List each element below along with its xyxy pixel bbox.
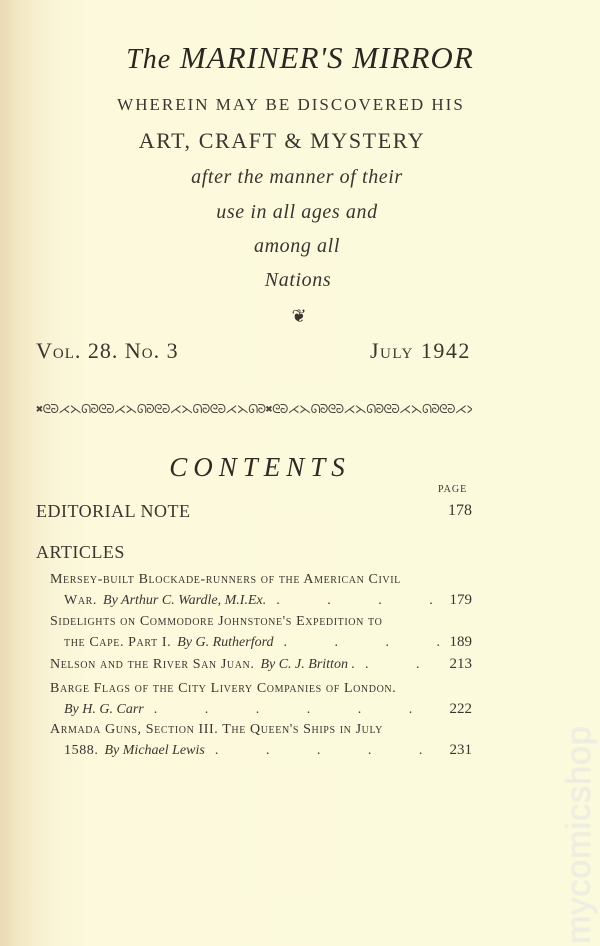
toc-entry: Sidelights on Commodore Johnstone's Expe… [50, 612, 472, 653]
dot-leader: . . . . . [274, 633, 440, 653]
toc-entry-title: Armada Guns, Section III. The Queen's Sh… [50, 720, 472, 740]
dot-leader: . . . . . [266, 591, 440, 611]
title-main: MARINER'S MIRROR [180, 40, 474, 75]
toc-entry-page: 222 [440, 699, 472, 719]
toc-entry-author: By Michael Lewis [105, 741, 205, 761]
volume-number: Vol. 28. No. 3 [36, 338, 179, 364]
toc-entry: Nelson and the River San Juan. By C. J. … [50, 654, 472, 675]
toc-entry-line2: the Cape. Part I. By G. Rutherford . . .… [50, 632, 472, 653]
motto-line-1: after the manner of their [0, 166, 597, 189]
toc-entry-page: 189 [440, 632, 472, 652]
toc-entry-title-cont: 1588. [64, 741, 99, 761]
toc-entry-line: Nelson and the River San Juan. By C. J. … [50, 654, 472, 675]
subtitle-line-1: WHEREIN MAY BE DISCOVERED HIS [0, 95, 591, 115]
toc-entry-line2: 1588. By Michael Lewis . . . . . . . 231 [50, 740, 472, 761]
articles-heading: ARTICLES [36, 542, 125, 563]
toc-entry-page: 231 [440, 740, 472, 760]
toc-entry-line2: War. By Arthur C. Wardle, M.I.Ex. . . . … [50, 590, 472, 611]
toc-entry-title-cont: the Cape. Part I. [64, 633, 171, 653]
toc-entry-page: 213 [440, 654, 472, 674]
toc-entry-author: By Arthur C. Wardle, M.I.Ex. [103, 591, 266, 611]
fleuron-icon: ❦ [0, 306, 599, 327]
dot-leader: . . . . . . . . . [144, 700, 440, 720]
title-prefix: The [126, 44, 171, 75]
toc-entry-author: By G. Rutherford [177, 633, 273, 653]
toc-entry-page: 179 [440, 590, 472, 610]
toc-entry: Barge Flags of the City Livery Companies… [50, 679, 472, 720]
toc-entry-line2: By H. G. Carr . . . . . . . . . 222 [50, 699, 472, 720]
motto-line-2: use in all ages and [0, 201, 597, 224]
toc-entry-title: Nelson and the River San Juan. [50, 655, 254, 675]
toc-entry: Mersey-built Blockade-runners of the Ame… [50, 570, 472, 611]
toc-entry-author: By H. G. Carr [64, 700, 144, 720]
ornamental-border: ✖ᘓᘒ⋌⋋ᘏᘐᘓᘒ⋌⋋ᘏᘐᘓᘒ⋌⋋ᘏᘐᘓᘒ⋌⋋ᘏᘐ✖ᘓᘒ⋌⋋ᘏᘐᘓᘒ⋌⋋ᘏᘐᘓᘒ… [36, 402, 472, 416]
editorial-note-page: 178 [448, 502, 472, 520]
issue-date: July 1942 [370, 338, 471, 364]
toc-entry: Armada Guns, Section III. The Queen's Sh… [50, 720, 472, 761]
motto-line-4: Nations [0, 269, 598, 292]
toc-entry-title-cont: War. [64, 591, 97, 611]
masthead-title: The MARINER'S MIRROR [0, 40, 600, 76]
dot-leader: . . . . . . . [205, 741, 440, 761]
watermark: mycomicshop [560, 725, 599, 944]
toc-entry-title: Barge Flags of the City Livery Companies… [50, 679, 472, 699]
dot-leader: . . [355, 655, 440, 675]
magazine-contents-page: The MARINER'S MIRROR WHEREIN MAY BE DISC… [0, 0, 600, 946]
toc-entry-author: By C. J. Britton . [260, 655, 355, 675]
subtitle-line-2: ART, CRAFT & MYSTERY [0, 128, 582, 154]
motto-line-3: among all [0, 235, 597, 258]
page-column-label: PAGE [438, 484, 467, 495]
toc-entry-title: Sidelights on Commodore Johnstone's Expe… [50, 612, 472, 632]
contents-heading: CONTENTS [0, 452, 520, 483]
toc-entry-title: Mersey-built Blockade-runners of the Ame… [50, 570, 472, 590]
editorial-note-label: EDITORIAL NOTE [36, 501, 190, 522]
